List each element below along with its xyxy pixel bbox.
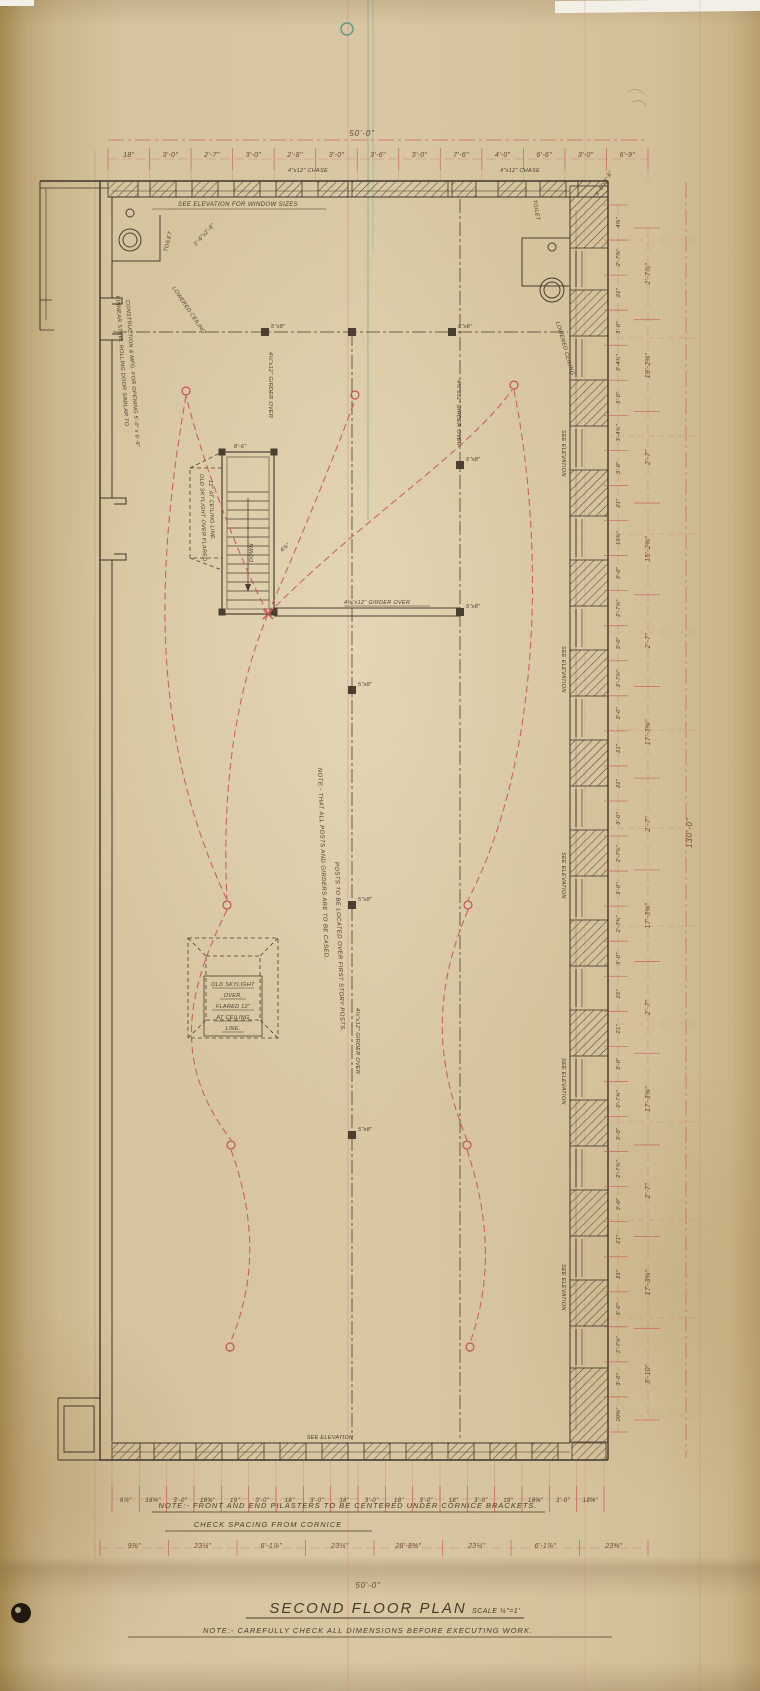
post: [348, 901, 356, 909]
toilet-label-right: TOILET: [531, 199, 541, 221]
svg-text:FLARED 12": FLARED 12": [216, 1004, 251, 1010]
dim-label: 3'-0": [616, 882, 622, 895]
pilaster: [532, 1443, 558, 1460]
dim-label: 3'-0": [616, 566, 622, 579]
chase-label-2: 4"x12" CHASE: [500, 168, 540, 174]
dim-label: 19⅜": [616, 530, 622, 545]
dim-label: 21": [616, 989, 622, 1000]
dim-label: 3'-0": [616, 706, 622, 719]
dim-label: 3'-0": [246, 152, 262, 159]
wall-pilasters: [108, 181, 608, 1460]
pilaster: [572, 1443, 606, 1460]
girder-label-3: 4½"x12" GIRDER OVER: [344, 599, 410, 606]
girder-label-2: 4½"x12" GIRDER OVER: [455, 380, 462, 446]
caution-note: NOTE:- CAREFULLY CHECK ALL DIMENSIONS BE…: [203, 1626, 533, 1635]
dim-label: 21": [616, 1024, 622, 1035]
dim-label: 3'-0": [163, 152, 179, 159]
dim-label: 3'-0": [616, 1302, 622, 1315]
post-size-label: 5"x8": [358, 1127, 373, 1133]
toilet-dim-left: 2'-6"x2'-6": [192, 222, 216, 248]
post: [456, 608, 464, 616]
dim-label: 2'-7¾": [616, 914, 622, 933]
dim-label: 15'-2⅝": [645, 536, 652, 562]
girder-label-4: 4½"x12" GIRDER OVER: [354, 1008, 361, 1074]
dim-label: 3'-0": [616, 812, 622, 825]
dim-label: 21": [616, 743, 622, 754]
dim-label: 18": [123, 152, 134, 159]
post: [448, 328, 456, 336]
posts: 5"x8"5"x8"5"x8"5"x8"5"x8"5"x8"5"x8": [261, 324, 481, 1139]
pilaster: [238, 1443, 264, 1460]
ink-blot: [11, 1603, 31, 1623]
pilaster: [196, 1443, 222, 1460]
pilaster: [570, 1100, 608, 1146]
svg-text:OLD SKYLIGHT: OLD SKYLIGHT: [211, 982, 255, 988]
stair: [219, 449, 277, 615]
dim-label: 21": [616, 498, 622, 509]
see-elevation-right-5: SEE ELEVATION: [560, 1264, 566, 1311]
dim-label: 6'-9": [620, 152, 636, 159]
dim-label: 2'-7": [203, 152, 220, 159]
dim-label: 7'-6": [453, 152, 469, 159]
dim-label: 3'-0": [616, 1057, 622, 1070]
dim-label: 2'-7¾": [616, 669, 622, 688]
drawing-sheet: { "sheet": { "title": "SECOND FLOOR PLAN…: [0, 0, 760, 1691]
post: [348, 1131, 356, 1139]
pilaster: [570, 650, 608, 696]
svg-text:OVER.: OVER.: [224, 993, 243, 999]
dim-label: 3'-0": [578, 152, 594, 159]
red-layout-curves: [165, 390, 533, 1343]
dim-label: 2'-7¾": [616, 1335, 622, 1354]
dim-label: 3'-0": [616, 636, 622, 649]
dim-label: 4'-0": [495, 152, 511, 159]
dim-label: 6'-6": [536, 152, 552, 159]
stair-width-label: 8'-6": [234, 444, 247, 450]
lowered-ceiling-left: LOWERED CEILING: [170, 286, 206, 336]
dim-label: 6'-1⅞": [260, 1543, 282, 1550]
down-label: DOWN: [249, 543, 255, 562]
dim-label: 3'-0": [616, 1127, 622, 1140]
dim-label: 21": [616, 778, 622, 789]
pilaster: [570, 186, 608, 248]
dim-label: 3'-0": [556, 1498, 570, 1504]
chase-label-1: 4"x12" CHASE: [288, 168, 328, 174]
red-outlet-circles: [182, 381, 518, 1351]
overall-width-top: 50'-0": [349, 129, 375, 138]
post-size-label: 5"x8": [466, 604, 481, 610]
dim-label: 23¼": [467, 1543, 486, 1550]
pilaster: [570, 740, 608, 786]
pilaster: [448, 1443, 474, 1460]
pilaster: [570, 920, 608, 966]
pilaster: [364, 1443, 390, 1460]
dim-label: 21": [616, 1234, 622, 1245]
overall-height-right: 130'-0": [685, 817, 694, 848]
dim-label: 2'-7": [645, 1183, 652, 1200]
post-size-label: 5"x8": [466, 457, 481, 463]
stair-post-label: 4⅞": [279, 542, 291, 554]
green-check-mark: [341, 23, 353, 35]
dim-label: 9⅞": [128, 1543, 141, 1550]
pilaster: [318, 181, 348, 197]
dim-label: 23¼": [330, 1543, 349, 1550]
dim-label: 3'-6": [370, 152, 386, 159]
skylight-stair-note-2: 12" AT CEILING LINE.: [207, 480, 215, 541]
pilaster: [570, 1280, 608, 1326]
dim-label: 9⅞": [120, 1498, 132, 1504]
sheet-title-scale: SCALE ¼"=1': [472, 1608, 520, 1615]
dim-label: 2'-7": [645, 816, 652, 833]
sheet-title: SECOND FLOOR PLAN: [269, 1600, 466, 1617]
posts-cased-note: NOTE:- THAT ALL POSTS AND GIRDERS ARE TO…: [316, 768, 329, 960]
dim-label: 19'-2⅝": [645, 352, 652, 378]
sheet-guide-lines: [95, 0, 700, 1691]
pilaster: [322, 1443, 348, 1460]
pilaster: [570, 560, 608, 606]
interior-structure: [113, 199, 568, 1440]
post-size-label: 5"x8": [458, 324, 473, 330]
skylight-box-note: OLD SKYLIGHT OVER. FLARED 12" AT CEILING…: [211, 982, 255, 1032]
post: [261, 328, 269, 336]
pilaster: [570, 1368, 608, 1442]
pilaster: [108, 181, 138, 197]
dim-label: 3'-0": [616, 1197, 622, 1210]
pilaster: [192, 181, 218, 197]
pilaster: [570, 290, 608, 336]
dim-label: 23⅝": [604, 1543, 623, 1550]
post: [348, 328, 356, 336]
dim-label: 21": [616, 1269, 622, 1280]
dim-label: 3'-0": [616, 321, 622, 334]
post: [456, 461, 464, 469]
dim-label: 3'-0": [616, 391, 622, 404]
pilaster: [540, 181, 566, 197]
dim-label: 3'-4¾": [616, 353, 622, 371]
see-elevation-right-4: SEE ELEVATION: [560, 1058, 566, 1105]
dim-label: 3'-4¾": [616, 423, 622, 441]
pilaster: [570, 830, 608, 876]
pilaster: [406, 1443, 432, 1460]
posts-located-note: POSTS TO BE LOCATED OVER FIRST STORY POS…: [333, 862, 345, 1032]
dim-label: 6'-1⅞": [534, 1543, 556, 1550]
dim-label: 17'-3⅝": [645, 1086, 652, 1112]
dim-label: 23¼": [193, 1543, 212, 1550]
floor-plan-drawing: 5"x8"5"x8"5"x8"5"x8"5"x8"5"x8"5"x8" 18"3…: [0, 0, 760, 1691]
pilaster: [452, 181, 476, 197]
dim-label: 2'-7": [645, 633, 652, 650]
dim-label: 3'-0": [616, 1372, 622, 1385]
dim-label: 2'-7⅞": [616, 248, 622, 267]
pilaster: [570, 380, 608, 426]
pilaster: [280, 1443, 306, 1460]
dim-label: 3'-0": [329, 152, 345, 159]
pilaster: [150, 181, 176, 197]
see-elevation-right-3: SEE ELEVATION: [560, 852, 566, 899]
pilaster: [570, 1010, 608, 1056]
dim-label: 17'-3⅝": [645, 903, 652, 929]
svg-text:AT CEILING: AT CEILING: [215, 1015, 250, 1021]
dim-label: 21": [616, 287, 622, 298]
dim-label: 28'-8⅝": [394, 1543, 421, 1550]
pilaster: [498, 181, 526, 197]
post-size-label: 5"x8": [358, 682, 373, 688]
pilaster-note-1: NOTE:- FRONT AND END PILASTERS TO BE CEN…: [158, 1501, 537, 1510]
dim-label: 2'-7¾": [616, 844, 622, 863]
dim-label: 17'-3⅝": [645, 1269, 652, 1295]
svg-text:LINE.: LINE.: [225, 1026, 240, 1032]
pilaster: [276, 181, 302, 197]
window-note: SEE ELEVATION FOR WINDOW SIZES: [178, 202, 298, 208]
see-elevation-right-1: SEE ELEVATION: [560, 430, 566, 477]
pilaster: [154, 1443, 180, 1460]
dim-label: 2'-7¾": [616, 1160, 622, 1179]
pilaster: [352, 181, 448, 197]
dim-label: 18⅝": [583, 1498, 599, 1504]
dim-label: 2'-7": [645, 449, 652, 466]
dim-label: 17'-3⅝": [645, 719, 652, 745]
dim-label: 2'-7¾": [616, 1090, 622, 1109]
post: [348, 686, 356, 694]
skylight-stair-note-1: OLD SKYLIGHT OVER FLARED: [198, 474, 207, 562]
overall-width-bottom: 50'-0": [355, 1581, 381, 1590]
dim-label: 3'-0": [412, 152, 428, 159]
pilaster: [570, 1190, 608, 1236]
pilaster: [112, 1443, 140, 1460]
see-elevation-bottom: SEE ELEVATION: [307, 1435, 354, 1441]
dim-label: 2'-8": [286, 152, 303, 159]
see-elevation-right-2: SEE ELEVATION: [560, 646, 566, 693]
toilet-fixtures: [112, 209, 570, 302]
dim-label: 20⅝": [616, 1407, 622, 1423]
pilaster: [570, 470, 608, 516]
dim-label: 2'-7": [645, 999, 652, 1016]
toilet-label-left: TOILET: [163, 230, 174, 252]
pilaster: [234, 181, 260, 197]
girder-label-1: 4½"x12" GIRDER OVER: [267, 352, 274, 418]
post-size-label: 5"x8": [271, 324, 286, 330]
pilaster: [490, 1443, 516, 1460]
dim-label: 2'-7⅞": [645, 263, 652, 286]
dim-label: 2'-7¾": [616, 599, 622, 618]
dim-label: 3'-0": [616, 461, 622, 474]
dim-label: 4⅞": [616, 217, 622, 228]
dim-label: 3'-0": [616, 952, 622, 965]
post-size-label: 5"x8": [358, 897, 373, 903]
pilaster-note-2: CHECK SPACING FROM CORNICE: [194, 1520, 342, 1529]
dim-label: 3'-10": [645, 1364, 652, 1384]
